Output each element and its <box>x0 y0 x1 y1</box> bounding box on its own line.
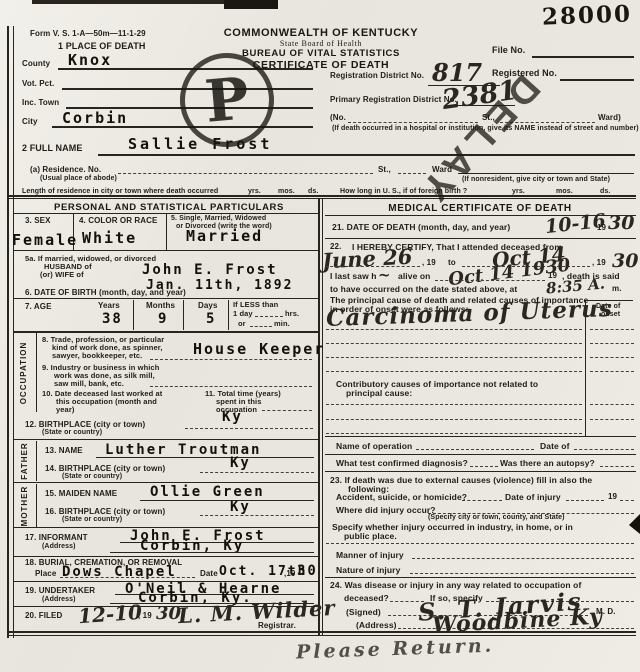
years-value: 38 <box>102 311 123 327</box>
onset-cell-line4 <box>590 371 634 372</box>
length-mos: mos. <box>278 188 295 196</box>
father-name-label: 13. NAME <box>45 447 83 456</box>
howlong-mos: mos. <box>556 188 573 196</box>
less-hrs-line <box>255 316 283 317</box>
item8-line <box>150 359 312 360</box>
burial-date-label: Date <box>200 570 218 579</box>
sex-row-rule <box>14 250 318 251</box>
nature-rule <box>325 577 636 578</box>
sex-label: 3. SEX <box>25 217 51 226</box>
registrar-label: Registrar. <box>258 622 296 631</box>
father-rule <box>14 482 318 483</box>
occupation-strip-line <box>36 333 37 412</box>
filed-printed-19: , 19 <box>138 612 152 621</box>
contrib-line2 <box>326 419 582 420</box>
days-value: 5 <box>206 311 216 327</box>
deceased-birthplace-value: Ky <box>222 409 243 425</box>
filed-date-value: 12-10 <box>77 600 142 628</box>
attended-from-value: June 26 <box>321 244 413 274</box>
item8-line3: sawyer, bookkeeper, etc. <box>52 352 142 360</box>
specify-line <box>326 543 634 544</box>
scan-artifact-wedge <box>629 514 640 534</box>
burial-year-value: 30 <box>297 563 318 579</box>
p-stamp-letter: P <box>202 64 251 136</box>
father-state-country: (State or country) <box>62 473 122 481</box>
less-or: or <box>238 320 246 328</box>
operation-date-label: Date of <box>540 442 570 451</box>
nonresident-note: (If nonresident, give city or town and S… <box>462 176 610 184</box>
onset-cell-line6 <box>590 419 634 420</box>
item5a-line3: (or) WIFE of <box>40 271 84 279</box>
onset-cell-line1 <box>590 329 634 330</box>
marital-label1: 5. Single, Married, Widowed <box>171 215 266 223</box>
item12-line <box>185 428 313 429</box>
race-marital-divider <box>166 213 167 250</box>
mother-name-value: Ollie Green <box>150 484 265 500</box>
cause-line3 <box>326 357 582 358</box>
please-return-note: Please Return. <box>296 635 495 664</box>
deceased-label: deceased? <box>344 594 389 603</box>
less-line2: 1 day <box>233 310 253 318</box>
physician-address-label: (Address) <box>356 621 397 630</box>
signed-label: (Signed) <box>346 608 381 617</box>
ward-label: Ward) <box>598 114 621 123</box>
last-saw-line <box>435 280 545 281</box>
mother-side-label: MOTHER <box>20 478 32 534</box>
dob-rule <box>14 298 318 299</box>
item12-rule <box>14 439 318 440</box>
father-bp-line <box>200 472 314 473</box>
burial-place-label: Place <box>35 570 56 579</box>
personal-title: PERSONAL AND STATISTICAL PARTICULARS <box>20 202 318 213</box>
years-label: Years <box>98 302 120 311</box>
operation-line <box>416 449 534 450</box>
age-div1 <box>133 300 134 330</box>
operation-label: Name of operation <box>336 442 412 451</box>
contributory-line2: principal cause: <box>346 389 412 398</box>
informant-address-line <box>110 552 314 553</box>
last-saw-label: I last saw h <box>330 272 377 281</box>
howlong-yrs: yrs. <box>512 188 525 196</box>
length-yrs: yrs. <box>248 188 261 196</box>
where-note: (Specify city or town, county, and State… <box>428 514 565 522</box>
primary-registration-label: Primary Registration District No. <box>330 96 457 105</box>
city-label: City <box>22 118 38 127</box>
center-divider <box>318 198 320 635</box>
cause-line4 <box>326 371 582 372</box>
onset-cell-line5 <box>590 404 634 405</box>
less-min-line <box>250 326 272 327</box>
date-of-death-label: 21. DATE OF DEATH (month, day, and year) <box>332 223 510 232</box>
race-label: 4. COLOR OR RACE <box>79 217 158 226</box>
commonwealth-line1: COMMONWEALTH OF KENTUCKY <box>178 27 464 39</box>
abode-note: (Usual place of abode) <box>40 175 117 183</box>
father-name-line <box>96 457 314 458</box>
date-of-death-19: 19 <box>597 224 606 233</box>
race-value: White <box>82 229 137 247</box>
full-name-line <box>98 154 635 156</box>
test-label: What test confirmed diagnosis? <box>336 459 468 468</box>
less-min: min. <box>274 320 290 328</box>
where-label: Where did injury occur? <box>336 506 436 515</box>
age-div3 <box>228 300 229 330</box>
alive-on-label: alive on <box>398 272 430 281</box>
occupation-side-label: OCCUPATION <box>19 328 31 418</box>
file-no-label: File No. <box>492 46 525 56</box>
informant-rule <box>14 556 318 557</box>
mother-name-label: 15. MAIDEN NAME <box>45 490 117 499</box>
registration-district-label: Registration District No. <box>330 72 424 81</box>
test-line <box>470 466 498 467</box>
length-ds: ds. <box>308 188 318 196</box>
nature-label: Nature of injury <box>336 566 400 575</box>
bottom-rule2 <box>7 635 636 636</box>
howlong-ds: ds. <box>600 188 610 196</box>
father-bp-value: Ky <box>230 455 251 471</box>
item9-line <box>150 386 312 387</box>
residence-label: (a) Residence. No. <box>30 166 101 175</box>
form-number: Form V. S. 1-A—50m—11-1-29 <box>30 30 146 39</box>
days-label: Days <box>198 302 218 311</box>
vot-pct-label: Vot. Pct. <box>22 80 54 89</box>
sex-value: Female <box>12 231 78 249</box>
mother-bp-value: Ky <box>230 499 251 515</box>
to-year-value: 30 <box>612 250 638 272</box>
residence-ward-line <box>458 173 634 174</box>
contrib-line3 <box>326 433 582 434</box>
accident-line <box>462 500 502 501</box>
spouse-value: John E. Frost <box>142 262 278 278</box>
cause-line2 <box>326 343 582 344</box>
marital-value: Married <box>186 227 263 245</box>
to-word: to <box>448 259 456 268</box>
onset-cell-line3 <box>590 357 634 358</box>
filed-label: 20. FILED <box>25 612 62 621</box>
residence-st-label: St., <box>378 166 391 175</box>
burial-printed-19: ,19 <box>284 570 295 579</box>
no-line <box>348 122 478 123</box>
age-label: 7. AGE <box>25 303 52 312</box>
informant-address-label: (Address) <box>42 543 76 551</box>
less-hrs: hrs. <box>285 310 299 318</box>
onset-cell-line2 <box>590 343 634 344</box>
cause-line1 <box>326 329 582 330</box>
autopsy-line <box>600 466 634 467</box>
city-value: Corbin <box>62 109 128 127</box>
item11-line <box>262 410 312 411</box>
age-row-rule <box>14 331 318 333</box>
county-label: County <box>22 60 50 69</box>
undertaker-address-label: (Address) <box>42 596 76 604</box>
date-of-death-year: 30 <box>608 212 634 234</box>
scan-artifact-blob <box>224 0 278 9</box>
occurred-line: to have occurred on the date stated abov… <box>330 285 517 294</box>
county-line <box>58 68 313 70</box>
left-border-outer <box>7 26 9 638</box>
onset-box-bottom <box>325 436 636 437</box>
m-label: m. <box>612 285 622 294</box>
to-19: , 19 <box>592 259 606 268</box>
months-label: Months <box>146 302 175 311</box>
serial-number: 28000 <box>542 0 633 30</box>
file-no-line <box>532 56 634 58</box>
mother-strip-line <box>36 484 37 528</box>
injury-date-line <box>566 500 604 501</box>
test-rule <box>325 471 636 472</box>
injury-19-line <box>620 500 634 501</box>
manner-line <box>412 558 634 559</box>
operation-rule <box>325 454 636 455</box>
registered-no-line <box>560 79 634 81</box>
commonwealth-line2: State Board of Health <box>178 39 464 48</box>
city-line <box>52 126 313 128</box>
operation-date-line <box>574 449 634 450</box>
injury-19: 19 <box>608 493 617 502</box>
from-19: , 19 <box>422 259 436 268</box>
length-residence-label: Length of residence in city or town wher… <box>22 188 218 196</box>
inc-town-label: Inc. Town <box>22 99 59 108</box>
county-value: Knox <box>68 51 112 69</box>
mother-bp-line <box>200 515 314 516</box>
manner-label: Manner of injury <box>336 551 404 560</box>
from-line <box>325 266 420 267</box>
contrib-line1 <box>326 404 582 405</box>
informant-label: 17. INFORMANT <box>25 534 88 543</box>
dob-label: 6. DATE OF BIRTH (month, day, and year) <box>25 289 186 298</box>
autopsy-label: Was there an autopsy? <box>500 459 595 468</box>
mother-name-line <box>140 500 314 501</box>
nature-line <box>410 573 634 574</box>
less-line1: If LESS than <box>233 301 278 309</box>
burial-place-line <box>60 577 195 578</box>
injury-date-label: Date of injury <box>505 493 561 502</box>
full-name-label: 2 FULL NAME <box>22 144 82 154</box>
age-div2 <box>183 300 184 330</box>
no-label: (No. <box>330 114 346 123</box>
mother-state-country: (State or country) <box>62 516 122 524</box>
months-value: 9 <box>158 311 168 327</box>
occupation-value: House Keeper <box>193 340 325 358</box>
death-certificate-scan: 28000 Form V. S. 1-A—50m—11-1-29 1 PLACE… <box>0 0 640 672</box>
item9-line3: saw mill, bank, etc. <box>54 380 124 388</box>
last-saw-pronoun: ~ <box>378 266 391 284</box>
item12-state-country: (State or country) <box>42 429 102 437</box>
residence-line <box>118 173 373 174</box>
undertaker-label: 19. UNDERTAKER <box>25 587 95 596</box>
father-strip-line <box>36 441 37 481</box>
specify-line2: public place. <box>344 532 397 541</box>
item10-line3: year) <box>56 406 74 414</box>
accident-label: Accident, suicide, or homicide? <box>336 493 467 502</box>
item21-rule <box>325 238 636 239</box>
